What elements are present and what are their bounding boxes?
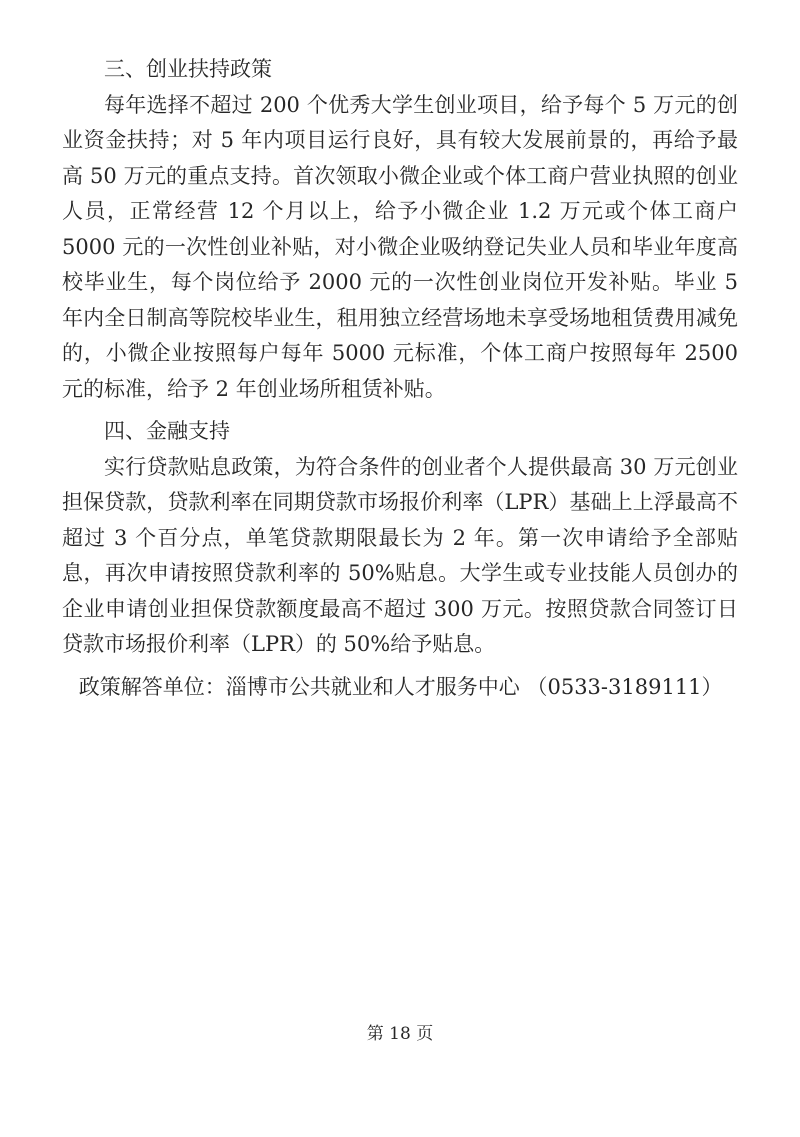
document-body: 三、创业扶持政策 每年选择不超过 200 个优秀大学生创业项目，给予每个 5 万… bbox=[62, 52, 738, 705]
section-paragraph-financial-support: 实行贷款贴息政策，为符合条件的创业者个人提供最高 30 万元创业担保贷款，贷款利… bbox=[62, 450, 738, 663]
section-heading-entrepreneurship-policy: 三、创业扶持政策 bbox=[62, 52, 738, 88]
section-paragraph-entrepreneurship-policy: 每年选择不超过 200 个优秀大学生创业项目，给予每个 5 万元的创业资金扶持；… bbox=[62, 88, 738, 408]
policy-contact-line: 政策解答单位：淄博市公共就业和人才服务中心 （0533-3189111） bbox=[62, 670, 738, 706]
page-number: 第 18 页 bbox=[0, 1024, 800, 1044]
document-page: 三、创业扶持政策 每年选择不超过 200 个优秀大学生创业项目，给予每个 5 万… bbox=[0, 0, 800, 1137]
section-heading-financial-support: 四、金融支持 bbox=[62, 414, 738, 450]
